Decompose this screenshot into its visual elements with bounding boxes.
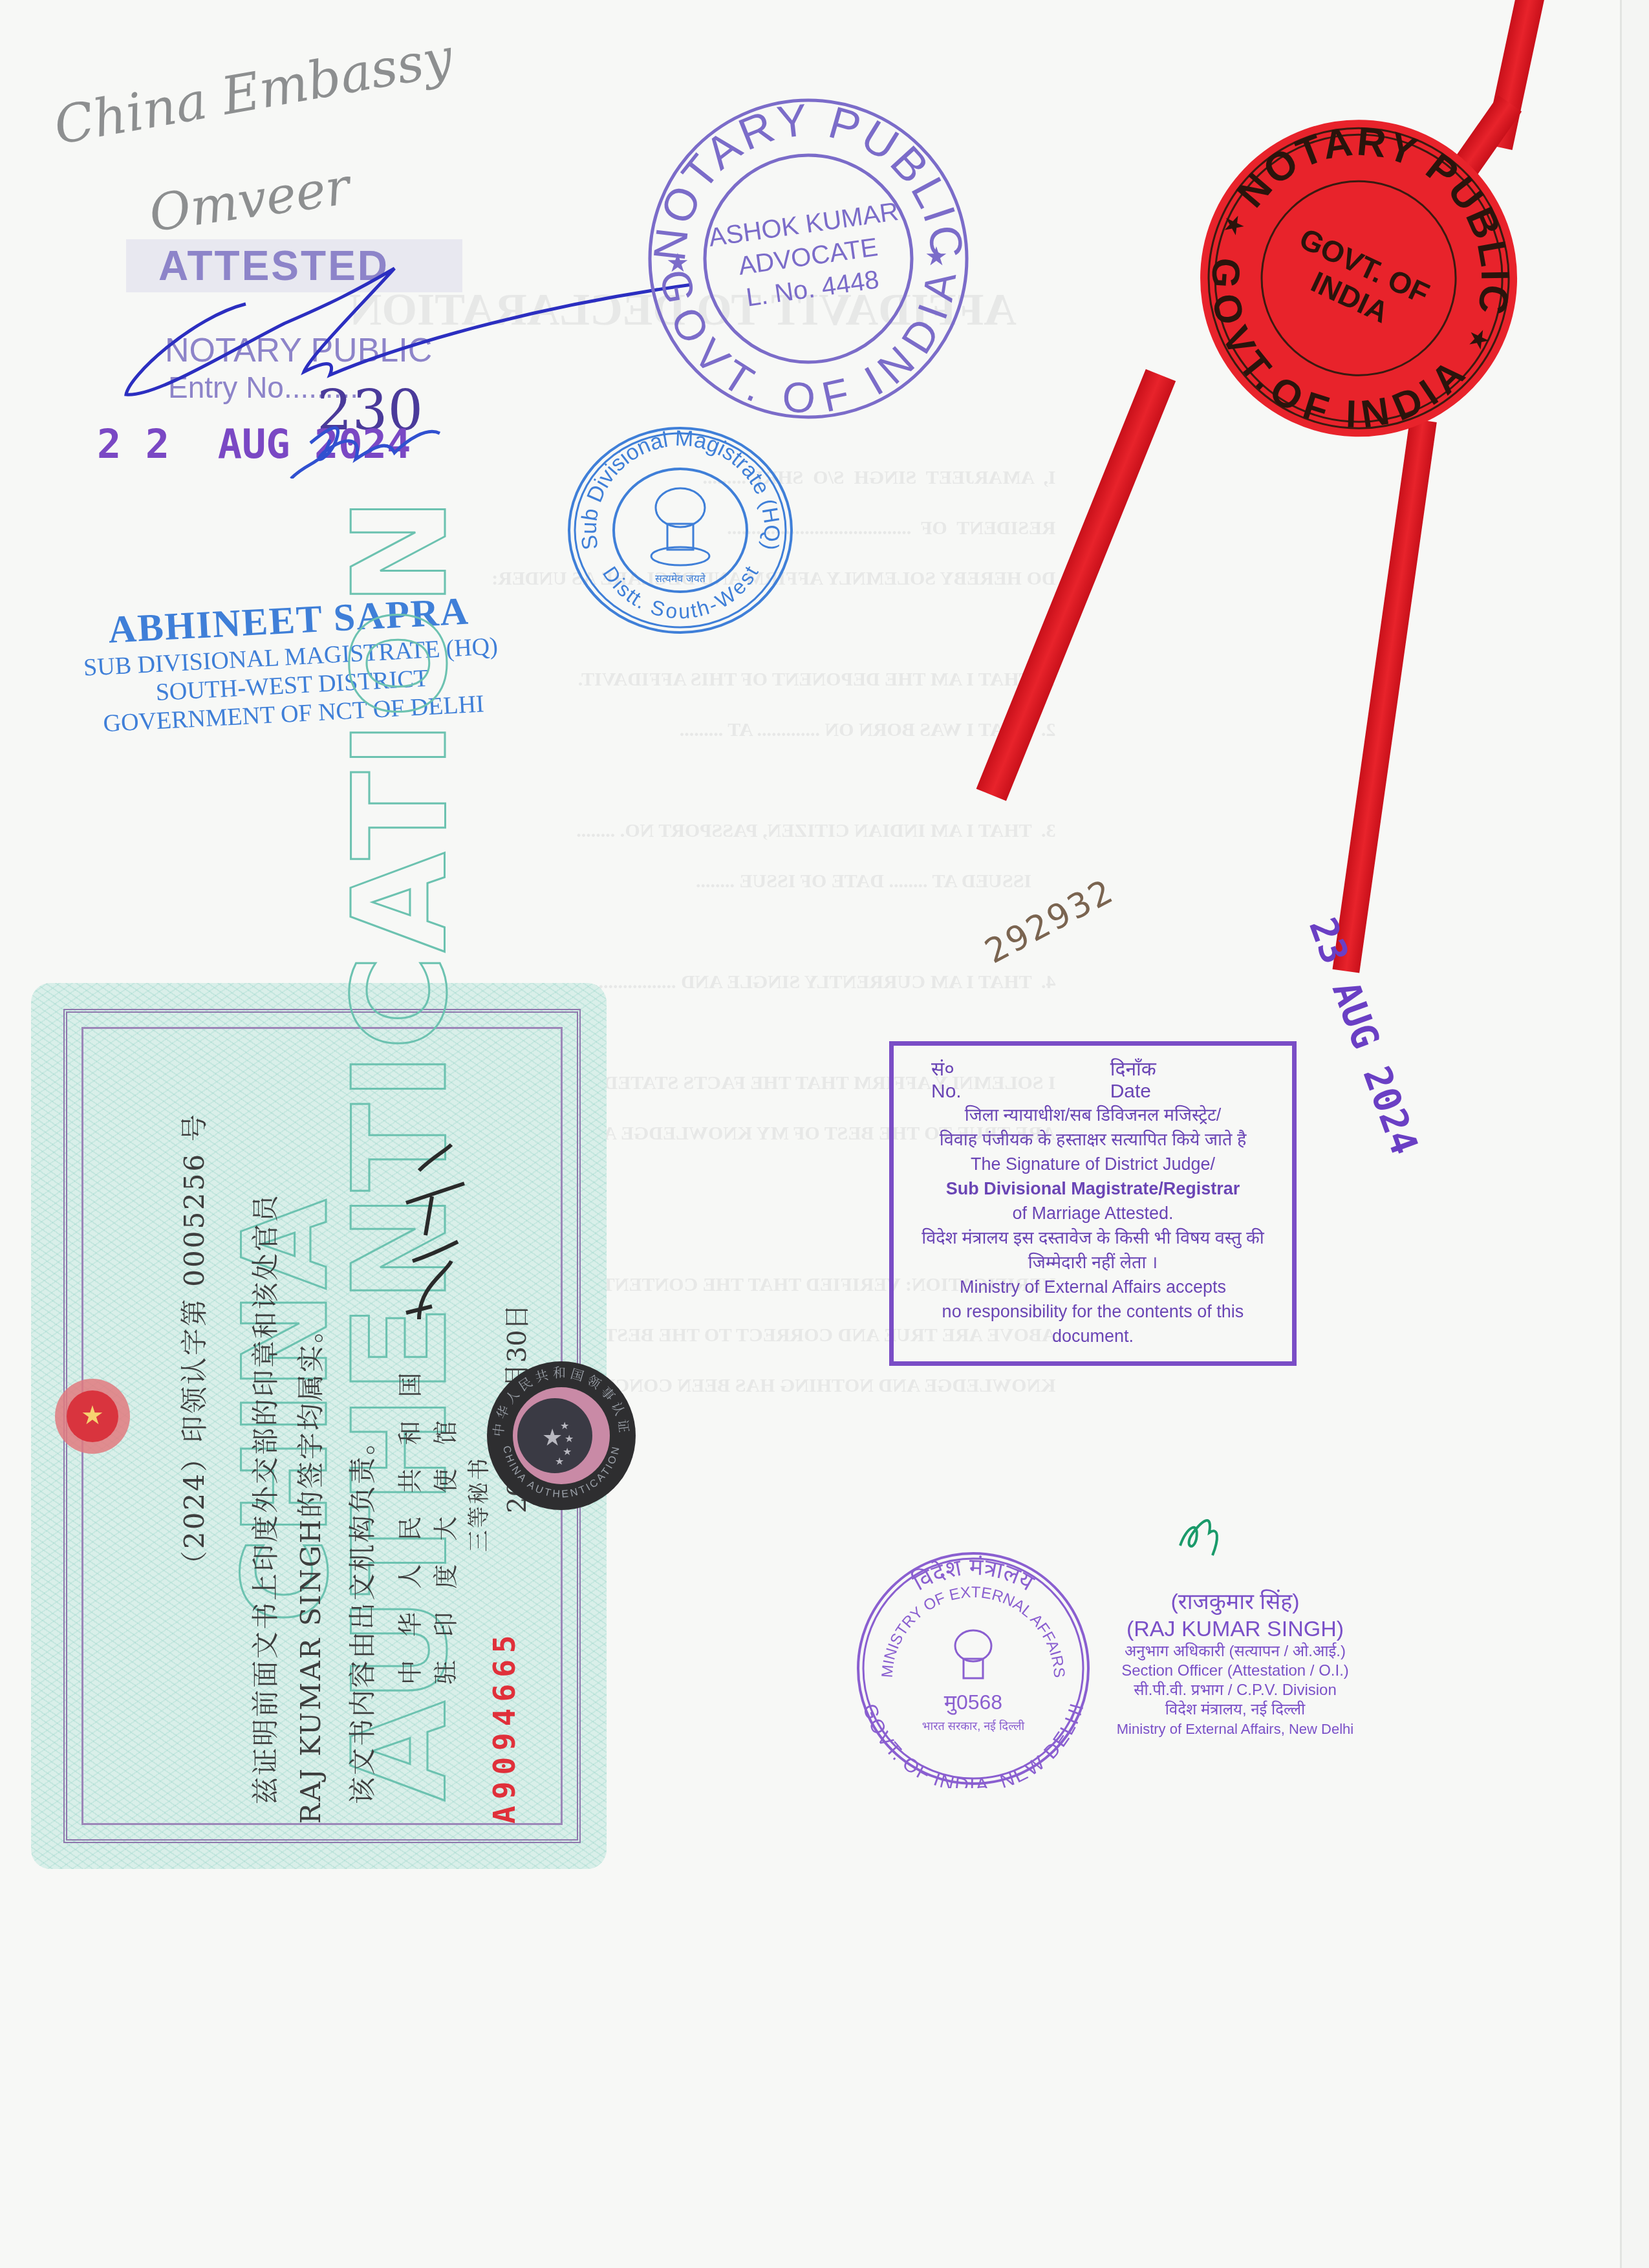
svg-text:★: ★ xyxy=(925,243,948,271)
china-authentication-sticker: AUTHENTICATION CHINA ★ （2024）印领认字第 00052… xyxy=(31,983,607,1869)
cert-line-2: RAJ KUMAR SINGH的签字均属实。 xyxy=(290,1314,329,1824)
notary-round-stamp: NOTARY PUBLIC GOVT. OF INDIA ★ ★ ASHOK K… xyxy=(640,91,976,430)
consul-signature xyxy=(393,1132,471,1326)
mea-line-en-5: no responsibility for the contents of th… xyxy=(905,1299,1280,1324)
national-emblem-icon xyxy=(651,488,709,565)
mea-line-en-6: document. xyxy=(905,1324,1280,1348)
cert-issuer-2: 驻 印 度 大 使 馆 xyxy=(426,1413,461,1685)
mea-date-en: Date xyxy=(1110,1081,1156,1103)
cert-reference-line: （2024）印领认字第 0005256 号 xyxy=(173,1112,212,1578)
svg-text:★: ★ xyxy=(560,1421,569,1432)
mea-line-en-4: Ministry of External Affairs accepts xyxy=(905,1275,1280,1299)
mea-stamp-inner-hindi: भारत सरकार, नई दिल्ली xyxy=(922,1719,1025,1733)
officer-title-hindi: अनुभाग अधिकारी (सत्यापन / ओ.आई.) xyxy=(1067,1642,1403,1661)
authentication-hologram: 中华人民共和国领事认证 CHINA AUTHENTICATION ★ ★ ★ ★… xyxy=(484,1358,639,1517)
national-emblem-icon xyxy=(955,1630,991,1678)
mea-no-hi: सं० xyxy=(931,1059,962,1081)
mea-no-en: No. xyxy=(931,1081,962,1103)
mea-date-stamp: 23 AUG 2024 xyxy=(1300,912,1427,1160)
handwritten-note-name: Omveer xyxy=(145,158,353,243)
officer-ministry-hindi: विदेश मंत्रालय, नई दिल्ली xyxy=(1067,1700,1403,1720)
cert-line-1: 兹证明前面文书上印度外交部的印章和该处官员 xyxy=(244,1193,283,1804)
cert-line-3: 该文书内容由出文机构负责。 xyxy=(341,1426,380,1804)
officer-signature xyxy=(1174,1500,1225,1559)
mea-line-hi-2: विवाह पंजीयक के हस्ताक्षर सत्यापित किये … xyxy=(905,1127,1280,1152)
mea-round-stamp: विदेश मंत्रालय MINISTRY OF EXTERNAL AFFA… xyxy=(854,1549,1093,1791)
mea-date-hi: दिनाँक xyxy=(1110,1059,1156,1081)
watermark-china: CHINA xyxy=(219,1196,354,1623)
sdm-motto: सत्यमेव जयते xyxy=(655,572,706,585)
svg-text:GOVT. OF INDIA, NEW DELHI: GOVT. OF INDIA, NEW DELHI xyxy=(859,1701,1088,1788)
cert-issuer-1: 中 华 人 民 共 和 国 xyxy=(390,1365,426,1685)
mea-line-en-3: of Marriage Attested. xyxy=(905,1201,1280,1226)
document-page: AFFIDAVIT TO DECLARATION I, AMARJEET SIN… xyxy=(0,0,1622,2268)
mea-line-hi-1: जिला न्यायाधीश/सब डिविजनल मजिस्ट्रेट/ xyxy=(905,1103,1280,1127)
mea-stamp-code: मु0568 xyxy=(944,1690,1002,1715)
officer-name-hindi: (राजकुमार सिंह) xyxy=(1067,1588,1403,1616)
sdm-round-stamp: Sub Divisional Magistrate (HQ) Distt. So… xyxy=(564,424,797,640)
mea-line-hi-3: विदेश मंत्रालय इस दस्तावेज के किसी भी वि… xyxy=(905,1226,1280,1250)
mea-line-en-2: Sub Divisional Magistrate/Registrar xyxy=(905,1176,1280,1201)
mea-officer-block: (राजकुमार सिंह) (RAJ KUMAR SINGH) अनुभाग… xyxy=(1067,1588,1403,1739)
svg-text:★: ★ xyxy=(565,1434,574,1445)
officer-ministry-english: Ministry of External Affairs, New Delhi xyxy=(1067,1720,1403,1739)
cert-serial-number: A9094665 xyxy=(487,1628,522,1824)
mea-line-en-1: The Signature of District Judge/ xyxy=(905,1152,1280,1176)
officer-title-english: Section Officer (Attestation / O.I.) xyxy=(1067,1661,1403,1681)
svg-text:★: ★ xyxy=(81,1401,104,1430)
mea-attestation-box-stamp: सं०No. दिनाँकDate जिला न्यायाधीश/सब डिवि… xyxy=(889,1041,1297,1366)
mea-line-hi-4: जिम्मेदारी नहीं लेता । xyxy=(905,1250,1280,1275)
officer-name-english: (RAJ KUMAR SINGH) xyxy=(1067,1616,1403,1642)
svg-text:★: ★ xyxy=(555,1456,564,1467)
svg-text:★: ★ xyxy=(666,249,689,277)
prc-emblem-icon: ★ xyxy=(50,1371,135,1462)
officer-division: सी.पी.वी. प्रभाग / C.P.V. Division xyxy=(1067,1681,1403,1700)
ribbon-right-tail xyxy=(1333,418,1437,973)
mea-stamp-bottom: GOVT. OF INDIA, NEW DELHI xyxy=(859,1701,1088,1788)
handwritten-note-embassy: China Embassy xyxy=(50,27,457,157)
